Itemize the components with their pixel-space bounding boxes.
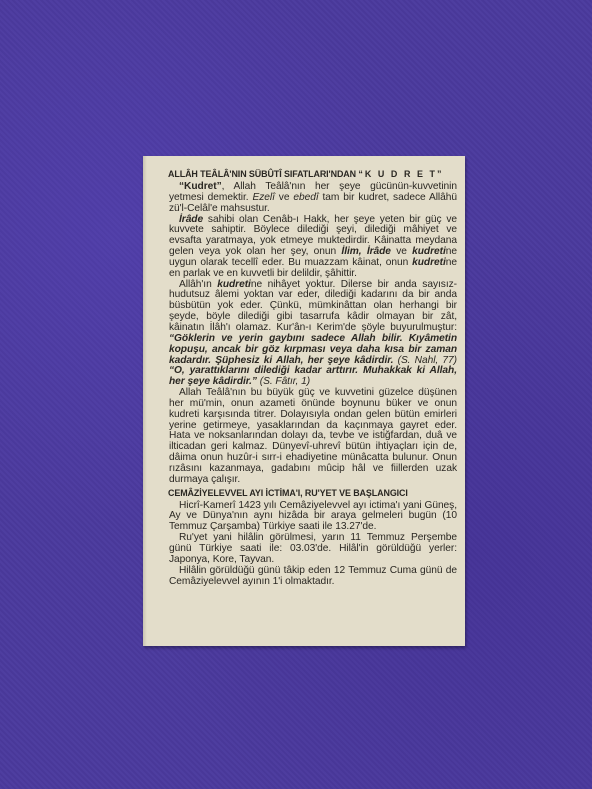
section-title-cemaziyelevvel: CEMÂZİYELEVVEL AYI İCTİMA'I, RU'YET VE B… [168, 488, 437, 500]
quran-ref-2: (S. Fâtır, 1) [257, 376, 310, 387]
paragraph-7: Hilâlin görüldüğü günü tâkip eden 12 Tem… [169, 566, 457, 588]
section-title-kudret: ALLÂH TEÂLÂ'NIN SÜBÛTÎ SIFATLARI'NDAN “K… [168, 169, 437, 181]
paragraph-5: Hicrî-Kamerî 1423 yılı Cemâziyelevvel ay… [169, 501, 457, 534]
paragraph-4: Allah Teâlâ'nın bu büyük güç ve kuvvetin… [169, 388, 457, 486]
title-text: ALLÂH TEÂLÂ'NIN SÜBÛTÎ SIFATLARI'NDAN [168, 169, 358, 180]
title-keyword: “K U D R E T” [358, 169, 443, 180]
calendar-leaf-page: ALLÂH TEÂLÂ'NIN SÜBÛTÎ SIFATLARI'NDAN “K… [143, 156, 465, 646]
quran-ref-1: (S. Nahl, 77) [393, 355, 457, 366]
quran-quote-2: “O, yarattıklarını dilediği kadar arttır… [169, 365, 457, 387]
paragraph-2: İrâde sahibi olan Cenâb-ı Hakk, her şeye… [169, 215, 457, 280]
paragraph-3: Allâh'ın kudretine nihâyet yoktur. Diler… [169, 280, 457, 388]
paragraph-6: Ru'yet yani hilâlin görülmesi, yarın 11 … [169, 533, 457, 566]
paragraph-1: “Kudret”, Allah Teâlâ'nın her şeye gücün… [169, 182, 457, 215]
